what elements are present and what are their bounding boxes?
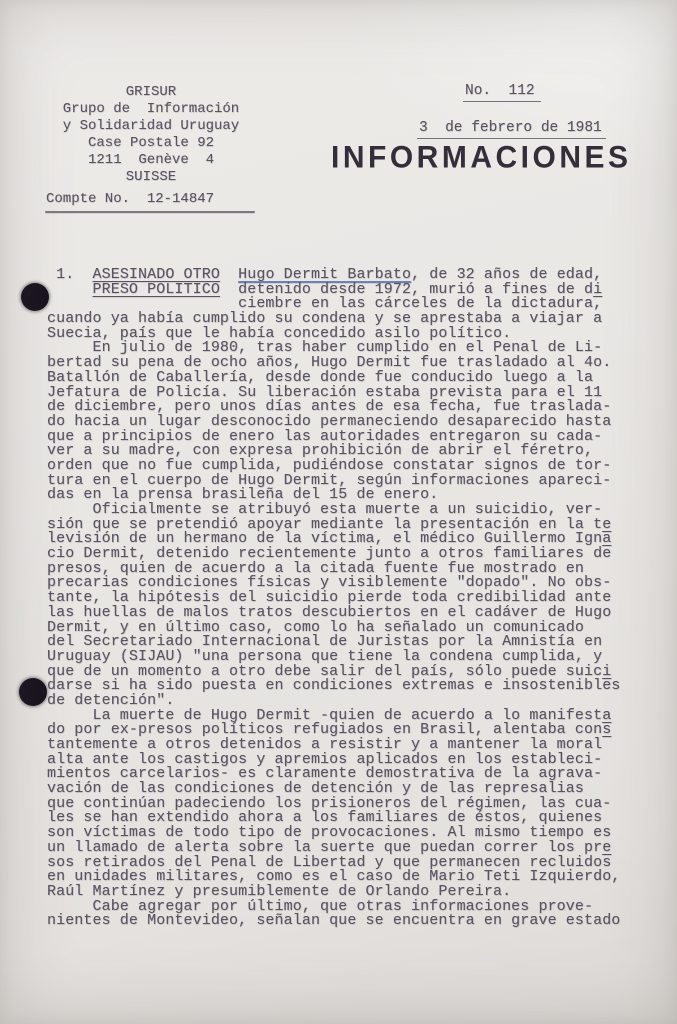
text-line: 1211 Genève 4 (44, 152, 258, 169)
org-address-block: GRISURGrupo de Informacióny Solidaridad … (44, 84, 258, 186)
article-body: 1. ASESINADO OTRO Hugo Dermit Barbato, d… (47, 268, 647, 929)
punch-hole-top (21, 283, 49, 311)
account-divider (45, 211, 255, 213)
issue-number: No. 112 (463, 83, 541, 102)
text-line: Case Postale 92 (44, 135, 258, 152)
punch-hole-bottom (19, 678, 47, 706)
text-line: y Solidaridad Uruguay (44, 118, 258, 135)
text-line: GRISUR (44, 84, 258, 101)
issue-date: 3 de febrero de 1981 (417, 120, 606, 139)
scanned-document-page: GRISURGrupo de Informacióny Solidaridad … (0, 0, 677, 1024)
text-line: Grupo de Información (44, 101, 258, 118)
text-line: SUISSE (44, 169, 258, 186)
account-number: Compte No. 12-14847 (46, 191, 214, 207)
text-line: nientes de Montevideo, señalan que se en… (47, 914, 647, 929)
newsletter-title: INFORMACIONES (331, 140, 632, 175)
